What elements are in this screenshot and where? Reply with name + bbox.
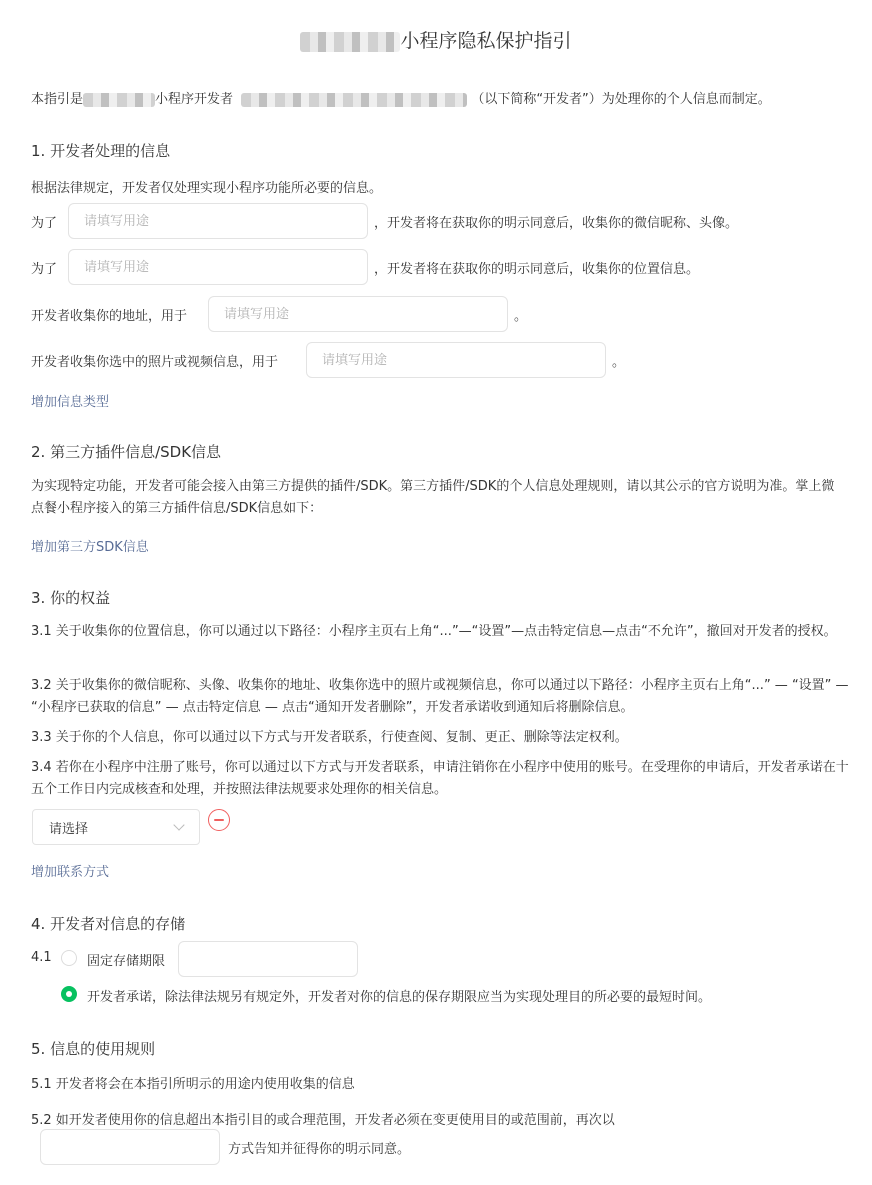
redacted-developer-name: [241, 93, 467, 107]
row3-suffix: 。: [514, 305, 527, 324]
section2-desc: 为实现特定功能，开发者可能会接入由第三方提供的插件/SDK。第三方插件/SDK的…: [31, 476, 841, 520]
usage-item-5-1: 5.1 开发者将会在本指引所明示的用途内使用收集的信息: [31, 1073, 355, 1092]
row1-suffix: ，开发者将在获取你的明示同意后，收集你的微信昵称、头像。: [374, 212, 738, 231]
title-text: 小程序隐私保护指引: [400, 30, 571, 52]
storage-index: 4.1: [31, 950, 52, 965]
section4-heading: 4. 开发者对信息的存储: [31, 913, 185, 934]
purpose-input-nickname[interactable]: [68, 203, 368, 239]
contact-method-select[interactable]: 请选择: [32, 809, 200, 845]
redacted-app-name: [83, 93, 155, 107]
select-value: 请选择: [49, 818, 88, 837]
intro-prefix: 本指引是: [31, 92, 83, 107]
add-contact-link[interactable]: 增加联系方式: [31, 861, 109, 880]
fixed-period-input[interactable]: [178, 941, 358, 977]
page-title: 小程序隐私保护指引: [0, 26, 872, 53]
row2-suffix: ，开发者将在获取你的明示同意后，收集你的位置信息。: [374, 258, 699, 277]
section2-heading: 2. 第三方插件信息/SDK信息: [31, 441, 221, 462]
usage-item-5-2: 5.2 如开发者使用你的信息超出本指引目的或合理范围，开发者必须在变更使用目的或…: [31, 1109, 615, 1128]
section5-heading: 5. 信息的使用规则: [31, 1038, 155, 1059]
row3-label: 开发者收集你的地址，用于: [31, 305, 187, 324]
redacted-app-name: [300, 32, 400, 52]
notify-method-input[interactable]: [40, 1129, 220, 1165]
radio-promise[interactable]: [61, 986, 77, 1002]
row4-suffix: 。: [612, 351, 625, 370]
add-info-type-link[interactable]: 增加信息类型: [31, 391, 109, 410]
radio-fixed-period[interactable]: [61, 950, 77, 966]
usage-item-5-2-suffix: 方式告知并征得你的明示同意。: [228, 1138, 410, 1157]
purpose-input-address[interactable]: [208, 296, 508, 332]
chevron-down-icon: [173, 819, 184, 830]
section1-desc: 根据法律规定，开发者仅处理实现小程序功能所必要的信息。: [31, 177, 382, 196]
row1-label: 为了: [31, 212, 57, 231]
rights-item-3-4: 3.4 若你在小程序中注册了账号，你可以通过以下方式与开发者联系，申请注销你在小…: [31, 757, 851, 801]
row2-label: 为了: [31, 258, 57, 277]
section3-heading: 3. 你的权益: [31, 587, 110, 608]
intro-suffix: （以下简称“开发者”）为处理你的个人信息而制定。: [471, 92, 770, 107]
add-sdk-link[interactable]: 增加第三方SDK信息: [31, 536, 149, 555]
purpose-input-location[interactable]: [68, 249, 368, 285]
intro-line: 本指引是小程序开发者 （以下简称“开发者”）为处理你的个人信息而制定。: [31, 88, 771, 107]
rights-item-3-3: 3.3 关于你的个人信息，你可以通过以下方式与开发者联系，行使查阅、复制、更正、…: [31, 727, 851, 749]
rights-item-3-1: 3.1 关于收集你的位置信息，你可以通过以下路径：小程序主页右上角“...”—“…: [31, 621, 851, 643]
row4-label: 开发者收集你选中的照片或视频信息，用于: [31, 351, 278, 370]
section1-heading: 1. 开发者处理的信息: [31, 140, 170, 161]
fixed-period-label: 固定存储期限: [87, 950, 165, 969]
rights-item-3-2: 3.2 关于收集你的微信昵称、头像、收集你的地址、收集你选中的照片或视频信息，你…: [31, 675, 851, 719]
remove-contact-icon[interactable]: [208, 809, 230, 831]
promise-label: 开发者承诺，除法律法规另有规定外，开发者对你的信息的保存期限应当为实现处理目的所…: [87, 986, 711, 1005]
intro-mid: 小程序开发者: [155, 92, 233, 107]
purpose-input-photo[interactable]: [306, 342, 606, 378]
